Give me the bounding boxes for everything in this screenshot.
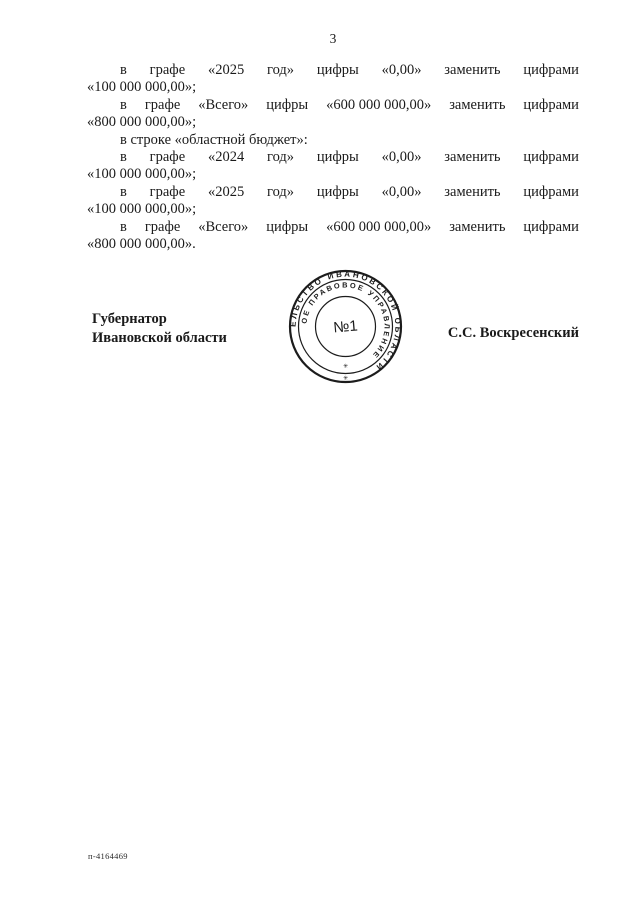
signer-name: С.С. Воскресенский: [448, 325, 579, 342]
body-line: вграфе«Всего»цифры«600 000 000,00»замени…: [87, 219, 579, 236]
body-text: вграфе«2025год»цифры«0,00»заменитьцифрам…: [87, 62, 579, 253]
official-stamp: ПРАВИТЕЛЬСТВО ИВАНОВСКОЙ ОБЛАСТИ ГЛАВНОЕ…: [287, 268, 404, 385]
body-line: вграфе«Всего»цифры«600 000 000,00»замени…: [87, 97, 579, 114]
body-line: «100 000 000,00»;: [87, 201, 579, 218]
body-line: вграфе«2024год»цифры«0,00»заменитьцифрам…: [87, 149, 579, 166]
body-line: вграфе«2025год»цифры«0,00»заменитьцифрам…: [87, 62, 579, 79]
body-line: «100 000 000,00»;: [87, 166, 579, 183]
signer-title-line2: Ивановской области: [92, 329, 227, 348]
body-line: «800 000 000,00»;: [87, 114, 579, 131]
document-page: 3 вграфе«2025год»цифры«0,00»заменитьцифр…: [0, 0, 640, 905]
body-line: в строке «областной бюджет»:: [87, 132, 579, 149]
body-line: вграфе«2025год»цифры«0,00»заменитьцифрам…: [87, 184, 579, 201]
footer-code: п-4164469: [88, 851, 128, 861]
stamp-number: №1: [333, 317, 359, 336]
stamp-star-icon: ✳: [343, 363, 348, 370]
body-line: «100 000 000,00»;: [87, 79, 579, 96]
page-number: 3: [87, 31, 579, 47]
stamp-star-icon: ✳: [343, 375, 348, 382]
signer-title: Губернатор Ивановской области: [92, 310, 227, 347]
stamp-graphic: ПРАВИТЕЛЬСТВО ИВАНОВСКОЙ ОБЛАСТИ ГЛАВНОЕ…: [287, 268, 404, 385]
signer-title-line1: Губернатор: [92, 310, 227, 329]
body-line: «800 000 000,00».: [87, 236, 579, 253]
